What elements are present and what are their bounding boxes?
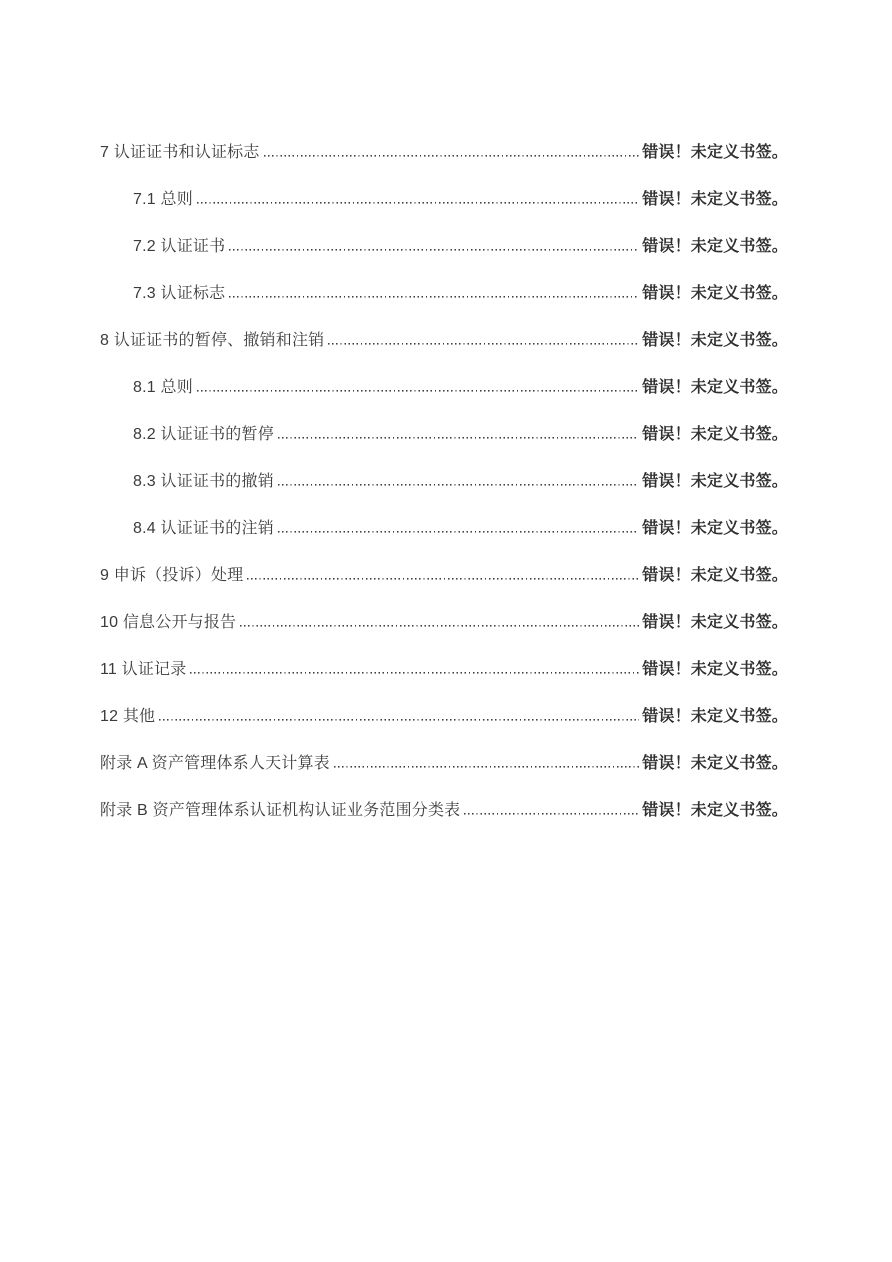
toc-entry-8-2[interactable]: 8.2 认证证书的暂停 错误！未定义书签。 — [100, 409, 788, 456]
toc-entry-title: 7 认证证书和认证标志 — [100, 139, 260, 162]
dot-leader — [197, 174, 639, 221]
toc-entry-title: 附录 B 资产管理体系认证机构认证业务范围分类表 — [100, 797, 460, 820]
dot-leader — [278, 456, 639, 503]
dot-leader — [278, 503, 639, 550]
toc-entry-7[interactable]: 7 认证证书和认证标志 错误！未定义书签。 — [100, 127, 788, 174]
toc-entry-title: 7.3 认证标志 — [133, 280, 225, 303]
error-bookmark-label: 错误！未定义书签。 — [642, 797, 788, 820]
dot-leader — [159, 691, 639, 738]
toc-entry-12[interactable]: 12 其他 错误！未定义书签。 — [100, 691, 788, 738]
toc-entry-10[interactable]: 10 信息公开与报告 错误！未定义书签。 — [100, 597, 788, 644]
toc-entry-11[interactable]: 11 认证记录 错误！未定义书签。 — [100, 644, 788, 691]
toc-entry-8-4[interactable]: 8.4 认证证书的注销 错误！未定义书签。 — [100, 503, 788, 550]
error-bookmark-label: 错误！未定义书签。 — [642, 374, 788, 397]
error-bookmark-label: 错误！未定义书签。 — [642, 515, 788, 538]
dot-leader — [229, 221, 639, 268]
dot-leader — [328, 315, 639, 362]
toc-entry-title: 7.2 认证证书 — [133, 233, 225, 256]
error-bookmark-label: 错误！未定义书签。 — [642, 750, 788, 773]
toc-entry-title: 8.3 认证证书的撤销 — [133, 468, 274, 491]
toc-entry-title: 附录 A 资产管理体系人天计算表 — [100, 750, 330, 773]
toc-entry-8-1[interactable]: 8.1 总则 错误！未定义书签。 — [100, 362, 788, 409]
dot-leader — [229, 268, 639, 315]
toc-entry-7-3[interactable]: 7.3 认证标志 错误！未定义书签。 — [100, 268, 788, 315]
toc-entry-appendix-b[interactable]: 附录 B 资产管理体系认证机构认证业务范围分类表 错误！未定义书签。 — [100, 785, 788, 832]
toc-entry-title: 7.1 总则 — [133, 186, 193, 209]
toc-entry-8-3[interactable]: 8.3 认证证书的撤销 错误！未定义书签。 — [100, 456, 788, 503]
error-bookmark-label: 错误！未定义书签。 — [642, 327, 788, 350]
toc-entry-7-2[interactable]: 7.2 认证证书 错误！未定义书签。 — [100, 221, 788, 268]
dot-leader — [190, 644, 639, 691]
dot-leader — [464, 785, 639, 832]
dot-leader — [240, 597, 639, 644]
error-bookmark-label: 错误！未定义书签。 — [642, 280, 788, 303]
toc-entry-appendix-a[interactable]: 附录 A 资产管理体系人天计算表 错误！未定义书签。 — [100, 738, 788, 785]
error-bookmark-label: 错误！未定义书签。 — [642, 421, 788, 444]
error-bookmark-label: 错误！未定义书签。 — [642, 656, 788, 679]
toc-entry-title: 12 其他 — [100, 703, 155, 726]
dot-leader — [334, 738, 639, 785]
toc-entry-title: 10 信息公开与报告 — [100, 609, 236, 632]
error-bookmark-label: 错误！未定义书签。 — [642, 186, 788, 209]
error-bookmark-label: 错误！未定义书签。 — [642, 609, 788, 632]
dot-leader — [197, 362, 639, 409]
toc-entry-8[interactable]: 8 认证证书的暂停、撤销和注销 错误！未定义书签。 — [100, 315, 788, 362]
document-page: 7 认证证书和认证标志 错误！未定义书签。 7.1 总则 错误！未定义书签。 7… — [0, 0, 892, 1262]
toc-entry-9[interactable]: 9 申诉（投诉）处理 错误！未定义书签。 — [100, 550, 788, 597]
error-bookmark-label: 错误！未定义书签。 — [642, 139, 788, 162]
toc-entry-title: 8 认证证书的暂停、撤销和注销 — [100, 327, 324, 350]
toc-entry-7-1[interactable]: 7.1 总则 错误！未定义书签。 — [100, 174, 788, 221]
toc-entry-title: 8.4 认证证书的注销 — [133, 515, 274, 538]
error-bookmark-label: 错误！未定义书签。 — [642, 562, 788, 585]
error-bookmark-label: 错误！未定义书签。 — [642, 468, 788, 491]
error-bookmark-label: 错误！未定义书签。 — [642, 703, 788, 726]
error-bookmark-label: 错误！未定义书签。 — [642, 233, 788, 256]
toc-entry-title: 8.1 总则 — [133, 374, 193, 397]
dot-leader — [278, 409, 639, 456]
table-of-contents: 7 认证证书和认证标志 错误！未定义书签。 7.1 总则 错误！未定义书签。 7… — [100, 127, 788, 832]
toc-entry-title: 9 申诉（投诉）处理 — [100, 562, 243, 585]
dot-leader — [247, 550, 639, 597]
toc-entry-title: 8.2 认证证书的暂停 — [133, 421, 274, 444]
dot-leader — [264, 127, 640, 174]
toc-entry-title: 11 认证记录 — [100, 656, 186, 679]
